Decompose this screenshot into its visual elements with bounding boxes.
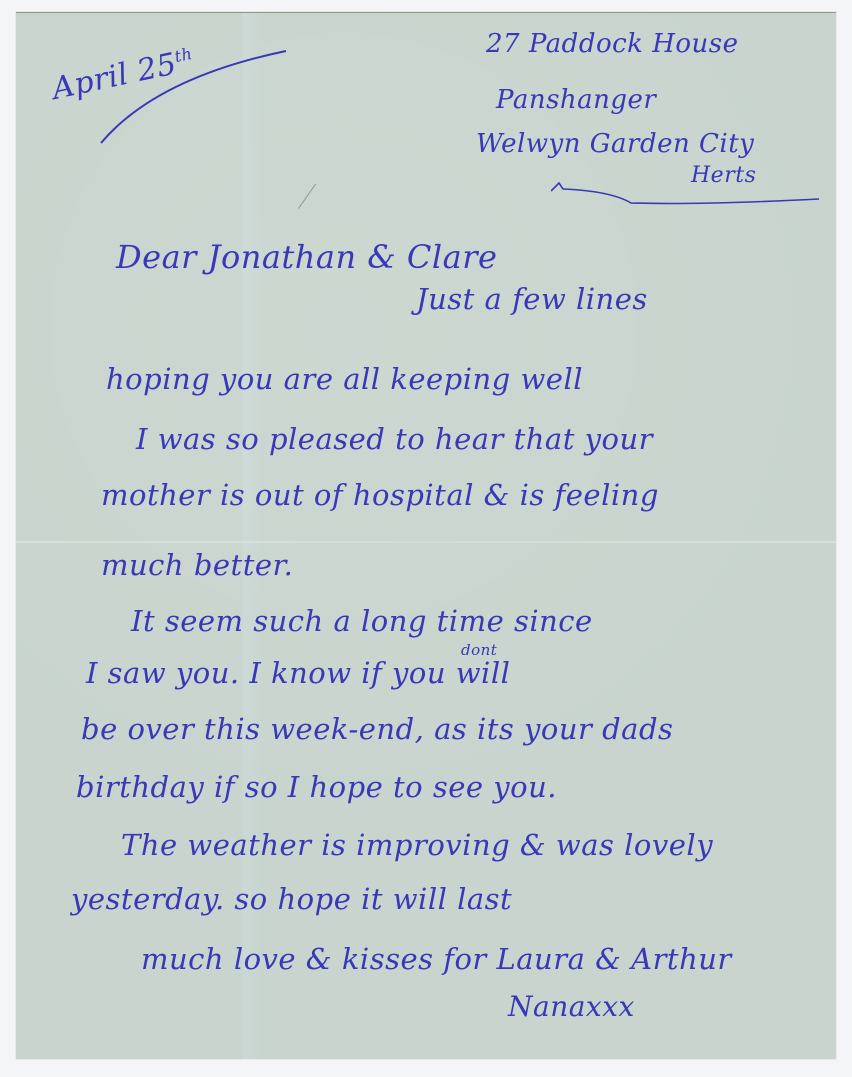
intro-line: Just a few lines	[416, 285, 648, 314]
letter-paper: April 25th 27 Paddock House Panshanger W…	[16, 12, 836, 1059]
signature: Nanaxxx	[508, 993, 635, 1021]
salutation: Dear Jonathan & Clare	[116, 241, 497, 273]
address-line-2: Panshanger	[496, 87, 656, 113]
address-line-3: Welwyn Garden City	[476, 131, 754, 157]
body-line: I was so pleased to hear that your	[136, 425, 653, 454]
pen-mark	[298, 184, 321, 213]
paper-fold-crease	[16, 541, 836, 543]
body-line: much better.	[101, 551, 293, 580]
address-line-1: 27 Paddock House	[486, 31, 739, 57]
body-line: hoping you are all keeping well	[106, 365, 583, 394]
body-line: I saw you. I know if you will	[86, 659, 510, 688]
date-flourish	[96, 48, 296, 148]
body-line: yesterday. so hope it will last	[71, 885, 512, 914]
body-line: mother is out of hospital & is feeling	[101, 481, 659, 510]
address-flourish	[551, 181, 821, 211]
scanned-letter: April 25th 27 Paddock House Panshanger W…	[0, 0, 852, 1077]
body-line: It seem such a long time since	[131, 607, 593, 636]
body-line: The weather is improving & was lovely	[121, 831, 713, 860]
closing-line: much love & kisses for Laura & Arthur	[141, 945, 732, 974]
body-line: be over this week-end, as its your dads	[81, 715, 673, 744]
body-line: birthday if so I hope to see you.	[76, 773, 557, 802]
